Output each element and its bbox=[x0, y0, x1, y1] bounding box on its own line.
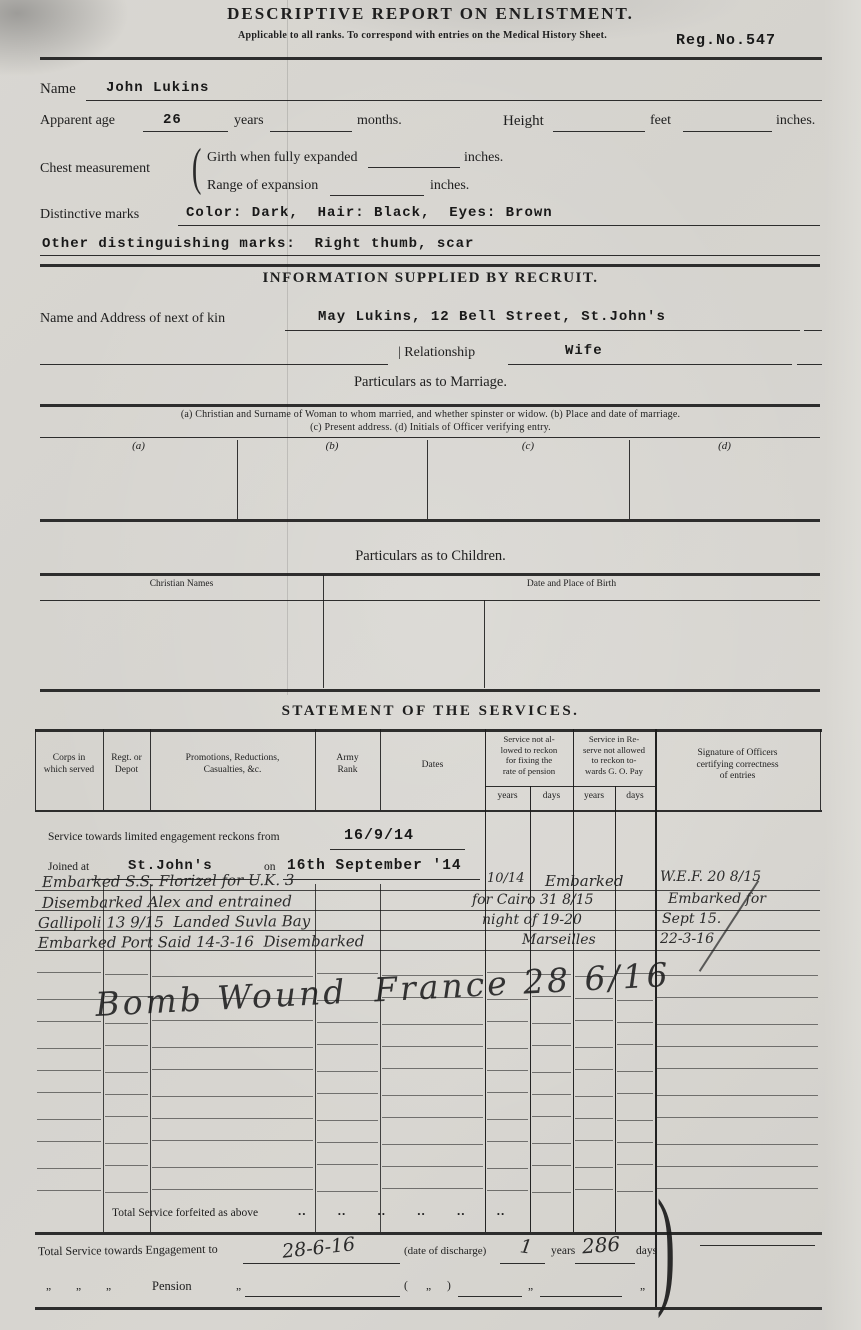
rule-line bbox=[35, 890, 820, 891]
rule-line bbox=[35, 1232, 822, 1235]
ditto-mark: „ bbox=[528, 1280, 533, 1292]
rule-line bbox=[487, 1168, 528, 1169]
rule-line bbox=[617, 1191, 653, 1192]
column-line bbox=[615, 786, 616, 1232]
rule-line bbox=[270, 131, 352, 132]
rule-line bbox=[532, 1165, 571, 1166]
next-of-kin-value: May Lukins, 12 Bell Street, St.John's bbox=[318, 309, 666, 325]
ditto-mark: „ bbox=[236, 1280, 241, 1292]
rule-line bbox=[617, 1000, 653, 1001]
rule-line bbox=[330, 195, 424, 196]
rule-line bbox=[317, 1093, 378, 1094]
paper-right-margin bbox=[824, 0, 861, 1330]
rule-line bbox=[575, 1263, 635, 1264]
engagement-years-label: years bbox=[551, 1245, 575, 1257]
rule-line bbox=[617, 1093, 653, 1094]
rule-line bbox=[92, 879, 258, 880]
rule-line bbox=[657, 997, 818, 998]
rule-line bbox=[105, 974, 148, 975]
services-col-corps: Corps in which served bbox=[35, 753, 103, 776]
service-entry-date: Marseilles bbox=[522, 932, 596, 948]
rule-line bbox=[40, 437, 820, 438]
girth-units-label: inches. bbox=[464, 150, 503, 166]
rule-line bbox=[575, 998, 613, 999]
paren-open: ( bbox=[404, 1280, 408, 1292]
wound-note: Bomb Wound France 28 6/16 bbox=[94, 955, 671, 1024]
rule-line bbox=[553, 131, 645, 132]
rule-line bbox=[382, 1144, 483, 1145]
marriage-heading: Particulars as to Marriage. bbox=[0, 374, 861, 391]
column-line bbox=[323, 575, 324, 688]
services-col-regt: Regt. or Depot bbox=[103, 753, 150, 776]
rule-line bbox=[35, 930, 820, 931]
range-label: Range of expansion bbox=[207, 178, 318, 194]
rule-line bbox=[283, 879, 480, 880]
service-entry-date: night of 19-20 bbox=[482, 912, 582, 928]
rule-line bbox=[487, 1021, 528, 1022]
rule-line bbox=[532, 1023, 571, 1024]
other-marks-value: Other distinguishing marks: Right thumb,… bbox=[42, 236, 474, 252]
rule-line bbox=[532, 996, 571, 997]
girth-label: Girth when fully expanded bbox=[207, 150, 357, 166]
rule-line bbox=[105, 1072, 148, 1073]
rule-line bbox=[382, 1046, 483, 1047]
rule-line bbox=[797, 364, 822, 365]
rule-line bbox=[617, 973, 653, 974]
rule-line bbox=[617, 1044, 653, 1045]
services-col-pension: Service not al- lowed to reckon for fixi… bbox=[485, 734, 573, 777]
rule-line bbox=[178, 225, 820, 226]
column-line bbox=[380, 729, 381, 810]
children-col-names-label: Christian Names bbox=[40, 579, 323, 591]
marriage-note-2: (c) Present address. (d) Initials of Off… bbox=[0, 422, 861, 433]
rule-line bbox=[40, 255, 820, 256]
rule-line bbox=[40, 364, 388, 365]
rule-line bbox=[532, 1072, 571, 1073]
service-entry-date: for Cairo 31 8/15 bbox=[472, 892, 594, 908]
rule-line bbox=[317, 1044, 378, 1045]
rule-line bbox=[382, 1024, 483, 1025]
rule-line bbox=[382, 1117, 483, 1118]
rule-line bbox=[330, 849, 465, 850]
service-entry-signature: 22-3-16 bbox=[660, 931, 714, 947]
rule-line bbox=[37, 1190, 101, 1191]
column-line bbox=[380, 884, 381, 1232]
closing-brace: ) bbox=[657, 1180, 675, 1312]
discharge-label: (date of discharge) bbox=[404, 1245, 486, 1257]
service-entry-text: Embarked S.S. Florizel for U.K. 3 bbox=[42, 871, 295, 891]
rule-line bbox=[532, 1143, 571, 1144]
rule-line bbox=[37, 1048, 101, 1049]
subcol-years-2: years bbox=[573, 791, 615, 803]
joined-at-label: Joined at bbox=[48, 861, 89, 873]
rule-line bbox=[105, 1045, 148, 1046]
rule-line bbox=[382, 997, 483, 998]
rule-line bbox=[487, 1048, 528, 1049]
rule-line bbox=[152, 1096, 313, 1097]
rule-line bbox=[487, 1070, 528, 1071]
rule-line bbox=[37, 1119, 101, 1120]
service-entry-text: Gallipoli 13 9/15 Landed Suvla Bay bbox=[38, 912, 310, 932]
rule-line bbox=[105, 1094, 148, 1095]
rule-line bbox=[575, 1020, 613, 1021]
rule-line bbox=[657, 975, 818, 976]
rule-line bbox=[37, 1168, 101, 1169]
rule-line bbox=[575, 1140, 613, 1141]
marriage-col-b-label: (b) bbox=[237, 440, 427, 452]
subcol-years-1: years bbox=[485, 791, 530, 803]
engagement-date-value: 28-6-16 bbox=[281, 1233, 356, 1263]
rule-line bbox=[657, 1024, 818, 1025]
rule-line bbox=[317, 1022, 378, 1023]
relationship-value: Wife bbox=[565, 343, 603, 359]
apparent-age-label: Apparent age bbox=[40, 113, 115, 129]
engagement-total-label: Total Service towards Engagement to bbox=[38, 1242, 218, 1260]
rule-line bbox=[105, 1023, 148, 1024]
joined-date-value: 16th September '14 bbox=[287, 858, 462, 874]
rule-line bbox=[317, 1120, 378, 1121]
rule-line bbox=[243, 1263, 400, 1264]
rule-line bbox=[575, 1069, 613, 1070]
reckons-label: Service towards limited engagement recko… bbox=[48, 831, 280, 843]
ditto-mark: „ bbox=[640, 1280, 645, 1292]
rule-line bbox=[37, 972, 101, 973]
rule-line bbox=[382, 1095, 483, 1096]
column-line bbox=[150, 884, 151, 1232]
marriage-note-1: (a) Christian and Surname of Woman to wh… bbox=[0, 409, 861, 420]
rule-line bbox=[152, 1020, 313, 1021]
ditto-mark: „ bbox=[106, 1280, 111, 1292]
rule-line bbox=[37, 1092, 101, 1093]
range-units-label: inches. bbox=[430, 178, 469, 194]
reckons-value: 16/9/14 bbox=[344, 827, 414, 844]
rule-line bbox=[617, 1071, 653, 1072]
column-line bbox=[103, 729, 104, 810]
rule-line bbox=[458, 1296, 522, 1297]
rule-line bbox=[37, 1021, 101, 1022]
relationship-label: | Relationship bbox=[398, 345, 475, 361]
registration-number: Reg.No.547 bbox=[676, 32, 776, 49]
services-col-dates: Dates bbox=[380, 760, 485, 772]
column-line bbox=[484, 600, 485, 688]
column-line bbox=[103, 884, 104, 1232]
engagement-days-label: days bbox=[636, 1245, 657, 1257]
engagement-years-value: 1 bbox=[519, 1235, 534, 1258]
rule-line bbox=[152, 976, 313, 977]
rule-line bbox=[285, 330, 800, 331]
engagement-days-value: 286 bbox=[581, 1232, 621, 1259]
rule-line bbox=[508, 364, 792, 365]
rule-line bbox=[575, 1096, 613, 1097]
ditto-mark: „ bbox=[76, 1280, 81, 1292]
rule-line bbox=[152, 1118, 313, 1119]
rule-line bbox=[487, 1190, 528, 1191]
rule-line bbox=[317, 1191, 378, 1192]
chest-brace: ( bbox=[192, 138, 202, 197]
ditto-mark: „ bbox=[426, 1280, 431, 1292]
inches-label: inches. bbox=[776, 113, 815, 129]
next-of-kin-label: Name and Address of next of kin bbox=[40, 311, 225, 327]
rule-line bbox=[35, 910, 820, 911]
rule-line bbox=[382, 975, 483, 976]
chest-label: Chest measurement bbox=[40, 161, 150, 177]
rule-line bbox=[487, 972, 528, 973]
services-heading: STATEMENT OF THE SERVICES. bbox=[0, 703, 861, 720]
forfeited-dots: .. .. .. .. .. .. bbox=[298, 1203, 505, 1219]
column-line bbox=[530, 786, 531, 1232]
rule-line bbox=[804, 330, 822, 331]
column-line bbox=[427, 440, 428, 519]
rule-line bbox=[40, 689, 820, 692]
rule-line bbox=[575, 1167, 613, 1168]
rule-line bbox=[532, 974, 571, 975]
rule-line bbox=[40, 519, 820, 522]
rule-line bbox=[683, 131, 772, 132]
height-label: Height bbox=[503, 113, 544, 130]
rule-line bbox=[532, 1192, 571, 1193]
services-col-promotions: Promotions, Reductions, Casualties, &c. bbox=[150, 753, 315, 776]
service-entry-mid: Embarked bbox=[545, 872, 623, 890]
rule-line bbox=[500, 1263, 545, 1264]
rule-line bbox=[575, 1189, 613, 1190]
rule-line bbox=[35, 729, 822, 732]
rule-line bbox=[617, 1142, 653, 1143]
rule-line bbox=[35, 950, 820, 951]
rule-line bbox=[657, 1188, 818, 1189]
column-line bbox=[35, 729, 36, 810]
column-line bbox=[655, 729, 657, 1307]
rule-line bbox=[152, 998, 313, 999]
service-entry-signature: W.E.F. 20 8/15 bbox=[660, 869, 761, 885]
rule-line bbox=[532, 1116, 571, 1117]
rule-line bbox=[105, 1143, 148, 1144]
forfeited-label: Total Service forfeited as above bbox=[112, 1207, 258, 1219]
rule-line bbox=[368, 167, 460, 168]
enlistment-form-page: DESCRIPTIVE REPORT ON ENLISTMENT. Applic… bbox=[0, 0, 861, 1330]
rule-line bbox=[575, 976, 613, 977]
rule-line bbox=[657, 1046, 818, 1047]
rule-line bbox=[86, 100, 822, 101]
rule-line bbox=[317, 973, 378, 974]
rule-line bbox=[35, 1307, 822, 1310]
rule-line bbox=[317, 1000, 378, 1001]
rule-line bbox=[40, 404, 820, 407]
rule-line bbox=[317, 1164, 378, 1165]
rule-line bbox=[657, 1166, 818, 1167]
subcol-days-1: days bbox=[530, 791, 573, 803]
services-col-signature: Signature of Officers certifying correct… bbox=[655, 748, 820, 783]
rule-line bbox=[487, 1141, 528, 1142]
rule-line bbox=[37, 999, 101, 1000]
rule-line bbox=[40, 600, 820, 601]
rule-line bbox=[485, 786, 655, 787]
rule-line bbox=[487, 999, 528, 1000]
marriage-col-d-label: (d) bbox=[629, 440, 820, 452]
rule-line bbox=[35, 810, 822, 812]
rule-line bbox=[487, 1119, 528, 1120]
rule-line bbox=[40, 573, 820, 576]
marriage-col-c-label: (c) bbox=[427, 440, 629, 452]
marriage-col-a-label: (a) bbox=[40, 440, 237, 452]
rule-line bbox=[37, 1070, 101, 1071]
rule-line bbox=[105, 1192, 148, 1193]
rule-line bbox=[152, 1069, 313, 1070]
pension-label: Pension bbox=[152, 1279, 192, 1294]
rule-line bbox=[657, 1144, 818, 1145]
services-col-rank: Army Rank bbox=[315, 753, 380, 776]
column-line bbox=[287, 0, 288, 695]
column-line bbox=[485, 729, 486, 1232]
rule-line bbox=[105, 996, 148, 997]
rule-line bbox=[575, 1047, 613, 1048]
rule-line bbox=[657, 1068, 818, 1069]
rule-line bbox=[617, 1022, 653, 1023]
subcol-days-2: days bbox=[615, 791, 655, 803]
column-line bbox=[315, 884, 316, 1232]
distinctive-marks-label: Distinctive marks bbox=[40, 207, 139, 223]
rule-line bbox=[540, 1296, 622, 1297]
services-col-gcpay: Service in Re- serve not allowed to reck… bbox=[573, 734, 655, 777]
rule-line bbox=[152, 1167, 313, 1168]
rule-line bbox=[40, 57, 822, 60]
rule-line bbox=[317, 1142, 378, 1143]
rule-line bbox=[317, 1071, 378, 1072]
rule-line bbox=[657, 1095, 818, 1096]
rule-line bbox=[152, 1189, 313, 1190]
months-label: months. bbox=[357, 113, 402, 129]
recruit-info-heading: INFORMATION SUPPLIED BY RECRUIT. bbox=[0, 270, 861, 287]
rule-line bbox=[143, 131, 228, 132]
rule-line bbox=[617, 1164, 653, 1165]
rule-line bbox=[40, 264, 820, 267]
page-title: DESCRIPTIVE REPORT ON ENLISTMENT. bbox=[0, 4, 861, 24]
service-entry-date: 10/14 bbox=[487, 871, 524, 886]
rule-line bbox=[105, 1165, 148, 1166]
service-entry-signature: Sept 15. bbox=[662, 911, 721, 927]
rule-line bbox=[532, 1094, 571, 1095]
name-label: Name bbox=[40, 81, 76, 98]
rule-line bbox=[382, 1166, 483, 1167]
rule-line bbox=[245, 1296, 400, 1297]
children-heading: Particulars as to Children. bbox=[0, 548, 861, 565]
name-value: John Lukins bbox=[106, 80, 209, 96]
column-line bbox=[573, 729, 574, 1232]
distinctive-marks-value: Color: Dark, Hair: Black, Eyes: Brown bbox=[186, 205, 553, 221]
column-line bbox=[237, 440, 238, 519]
paren-close: ) bbox=[447, 1280, 451, 1292]
rule-line bbox=[152, 1047, 313, 1048]
column-line bbox=[150, 729, 151, 810]
rule-line bbox=[487, 1092, 528, 1093]
column-line bbox=[820, 729, 821, 810]
service-entry-text: Disembarked Alex and entrained bbox=[42, 892, 292, 912]
rule-line bbox=[700, 1245, 815, 1246]
rule-line bbox=[37, 1141, 101, 1142]
column-line bbox=[629, 440, 630, 519]
rule-line bbox=[382, 1188, 483, 1189]
column-line bbox=[315, 729, 316, 810]
ditto-mark: „ bbox=[46, 1280, 51, 1292]
rule-line bbox=[382, 1068, 483, 1069]
rule-line bbox=[657, 1117, 818, 1118]
rule-line bbox=[105, 1116, 148, 1117]
children-col-birth-label: Date and Place of Birth bbox=[323, 579, 820, 591]
rule-line bbox=[152, 1140, 313, 1141]
age-value: 26 bbox=[163, 112, 182, 128]
rule-line bbox=[532, 1045, 571, 1046]
years-label: years bbox=[234, 113, 264, 129]
feet-label: feet bbox=[650, 113, 671, 129]
rule-line bbox=[575, 1118, 613, 1119]
rule-line bbox=[617, 1120, 653, 1121]
